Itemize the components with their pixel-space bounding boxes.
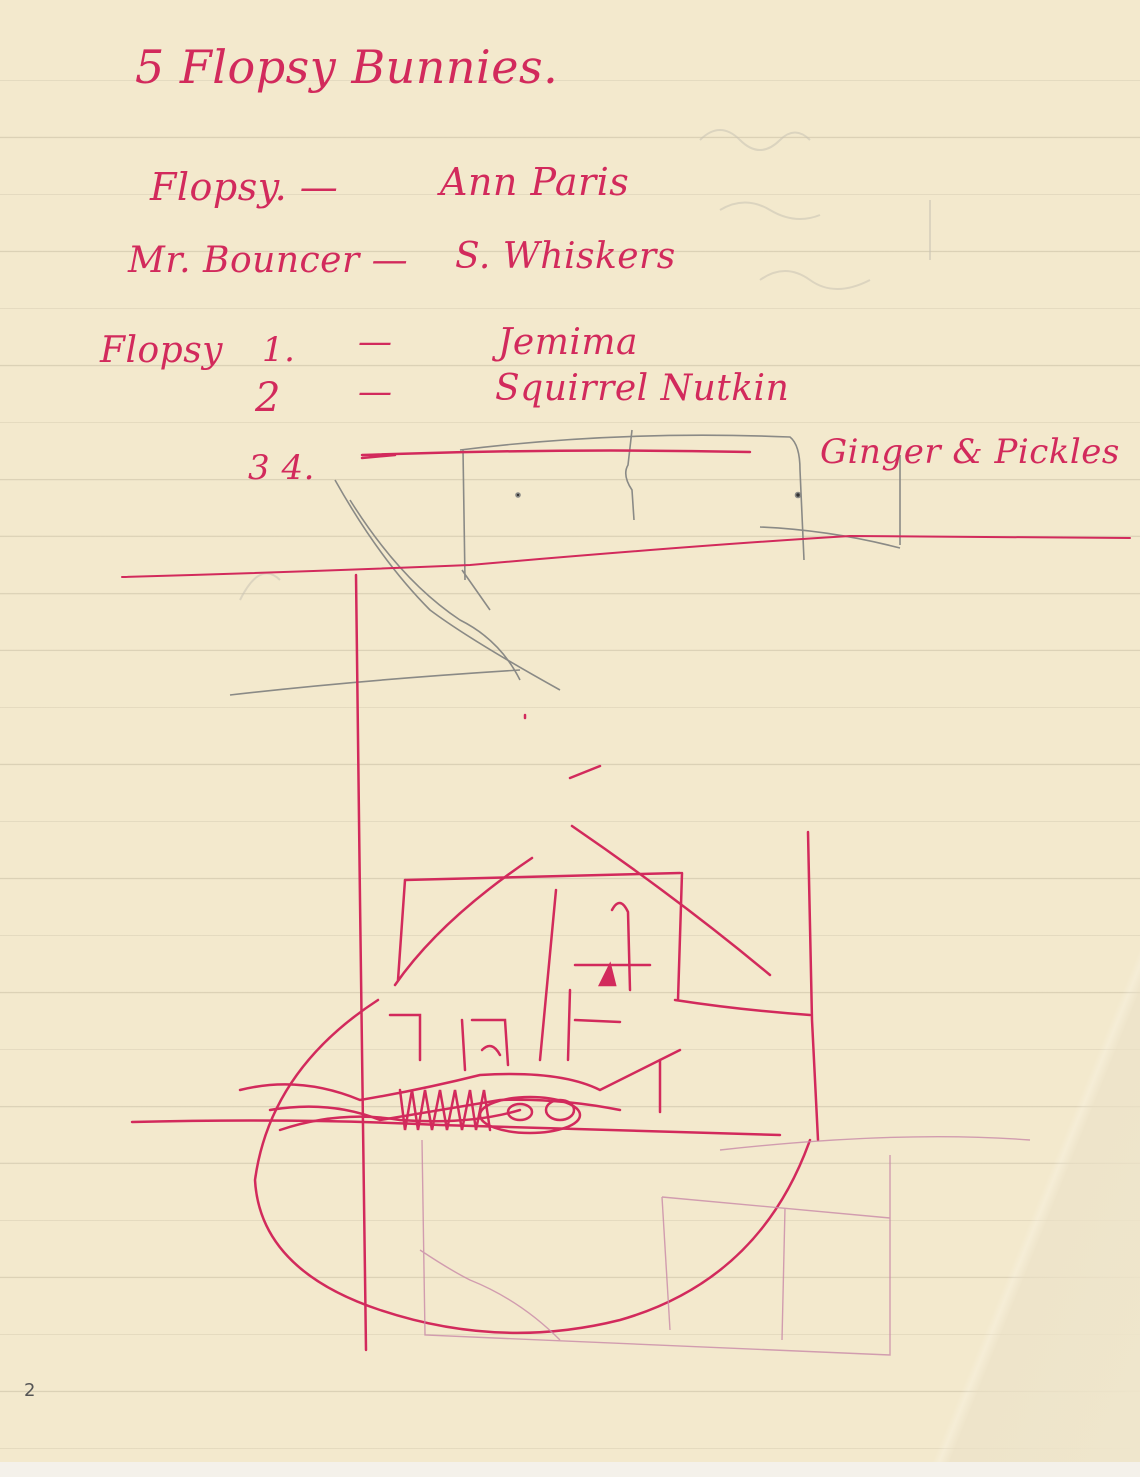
entry-5-number: 3 4. (248, 448, 315, 488)
pencil-frame-sketch (230, 430, 900, 695)
entry-3-dash: — (358, 322, 393, 362)
entry-2-right: S. Whiskers (455, 236, 676, 277)
entry-4-dash: — (358, 372, 393, 412)
entry-3-group-label: Flopsy (100, 330, 223, 371)
entry-4-right: Squirrel Nutkin (495, 368, 789, 409)
entry-3-right: Jemima (498, 322, 638, 363)
page-title: 5 Flopsy Bunnies. (135, 40, 558, 94)
entry-3-number: 1. (262, 330, 295, 370)
entry-5-right: Ginger & Pickles (820, 432, 1120, 472)
sketch-drawing (0, 0, 1140, 1477)
page-number: 2 (24, 1380, 35, 1401)
entry-1-right: Ann Paris (440, 160, 629, 204)
entry-4-number: 2 (255, 375, 281, 421)
entry-1-left: Flopsy. — (150, 165, 338, 209)
faint-pink-box (420, 1137, 1030, 1355)
red-ink-sketch (122, 451, 1130, 1350)
entry-2-left: Mr. Bouncer — (128, 240, 408, 281)
